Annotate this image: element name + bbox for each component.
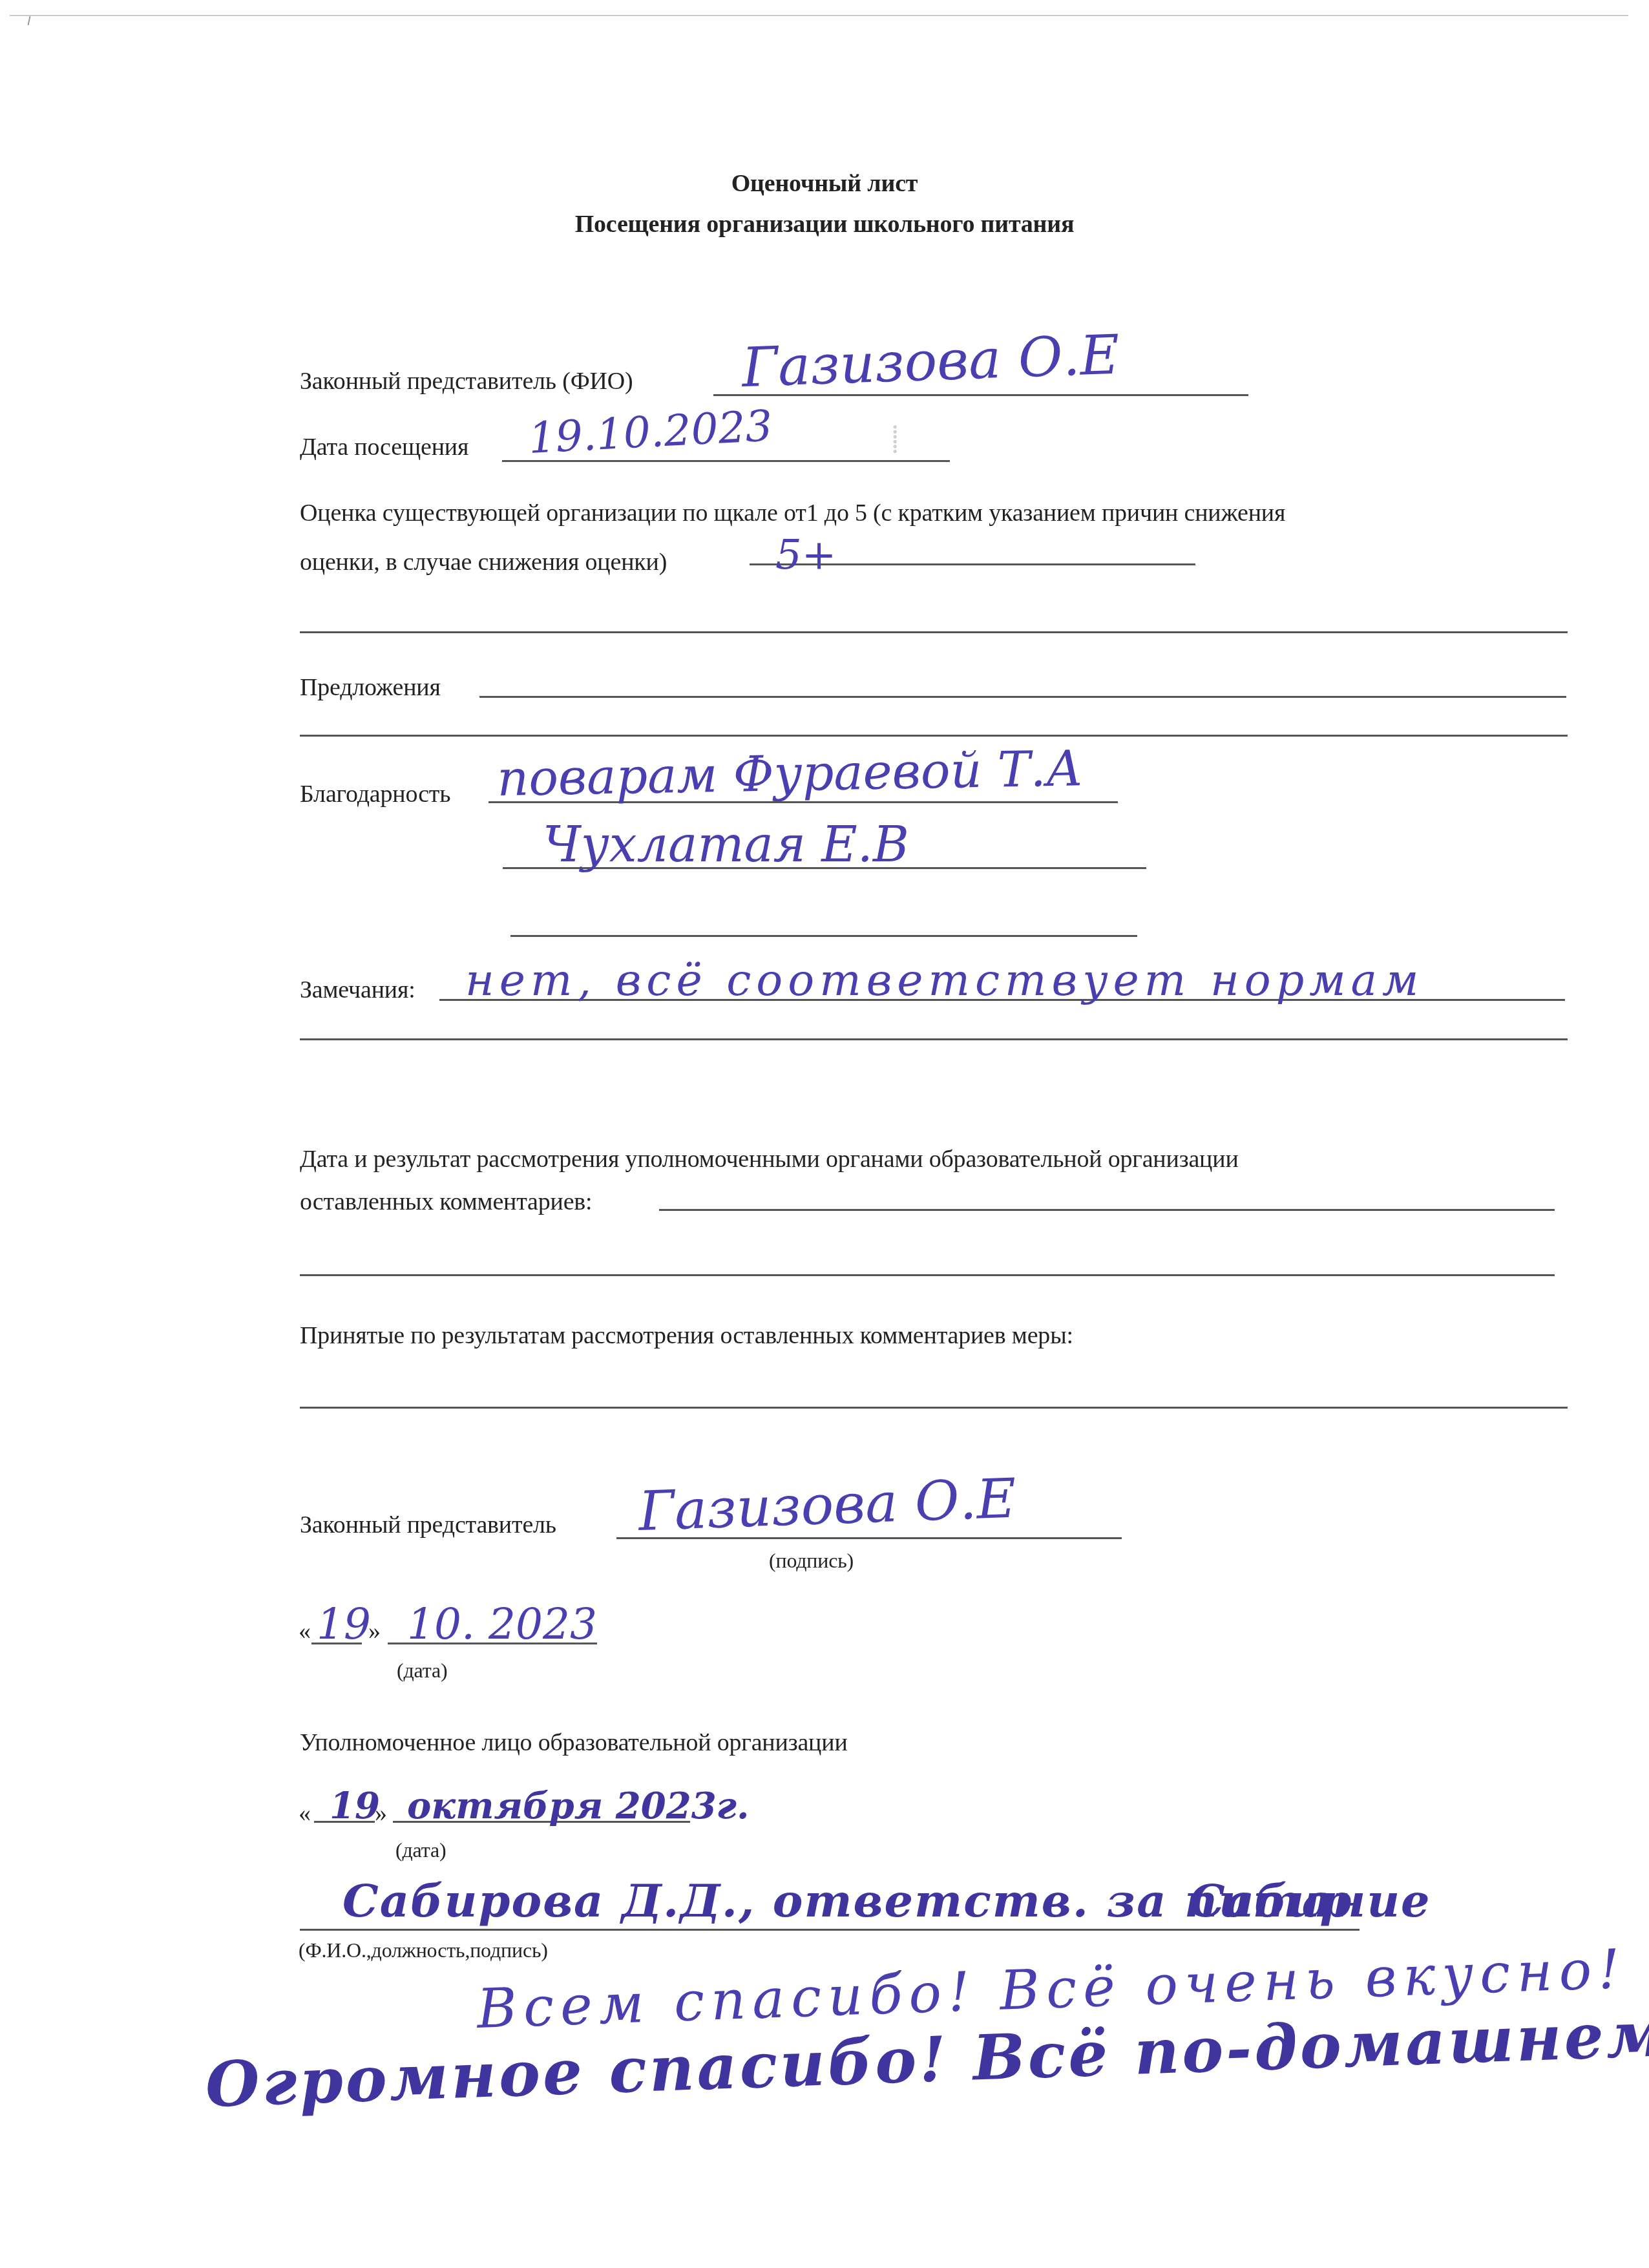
- rep-signature-label: Законный представитель: [300, 1511, 556, 1539]
- auth-date-open-quote: «: [299, 1799, 311, 1827]
- rep-signature-value: Газизова О.Е: [638, 1467, 1018, 1543]
- gratitude-third-line[interactable]: [510, 935, 1137, 937]
- measures-field-line[interactable]: [300, 1407, 1568, 1409]
- review-field-line[interactable]: [659, 1209, 1555, 1211]
- auth-date-day: 19: [330, 1785, 380, 1827]
- remarks-value: нет, всё соответствует нормам: [465, 955, 1424, 1006]
- authorized-person-line[interactable]: [300, 1929, 1360, 1931]
- review-label-line2: оставленных комментариев:: [300, 1188, 592, 1216]
- auth-date-caption: (дата): [395, 1838, 446, 1862]
- gratitude-value-line1: поварам Фураевой Т.А: [496, 739, 1083, 807]
- remarks-extra-line[interactable]: [300, 1038, 1568, 1040]
- rep-date-rest: 10. 2023: [407, 1599, 597, 1649]
- scan-mark: [28, 16, 31, 25]
- rep-date-day: 19: [317, 1599, 371, 1649]
- review-label-line1: Дата и результат рассмотрения уполномоче…: [300, 1145, 1239, 1173]
- visit-date-value: 19.10.2023: [527, 401, 773, 463]
- rating-extra-line[interactable]: [300, 631, 1568, 633]
- gratitude-value-line2: Чухлатая Е.В: [543, 815, 909, 873]
- document-title: Оценочный лист: [0, 169, 1649, 198]
- rep-date-close-quote: »: [368, 1617, 381, 1645]
- suggestions-field-line[interactable]: [479, 696, 1566, 698]
- authorized-signature: Сабир: [1189, 1874, 1351, 1927]
- authorized-caption: (Ф.И.О.,должность,подпись): [299, 1938, 548, 1962]
- evaluation-sheet-page: Оценочный лист Посещения организации шко…: [0, 0, 1649, 2268]
- remarks-label: Замечания:: [300, 976, 415, 1004]
- measures-label: Принятые по результатам рассмотрения ост…: [300, 1321, 1073, 1350]
- scan-edge: [10, 15, 1628, 16]
- rating-value: 5+: [775, 531, 836, 579]
- scan-smudge: ⸽: [892, 420, 898, 456]
- visit-date-label: Дата посещения: [300, 433, 468, 461]
- rating-label-line2: оценки, в случае снижения оценки): [300, 548, 667, 576]
- authorized-label: Уполномоченное лицо образовательной орга…: [300, 1728, 848, 1757]
- signature-caption: (подпись): [769, 1549, 854, 1573]
- suggestions-label: Предложения: [300, 673, 441, 702]
- auth-date-rest: октября 2023г.: [407, 1785, 750, 1827]
- representative-value: Газизова О.Е: [741, 323, 1121, 399]
- review-extra-line[interactable]: [300, 1274, 1555, 1276]
- auth-date-close-quote: »: [375, 1799, 387, 1827]
- gratitude-label: Благодарность: [300, 780, 450, 808]
- suggestions-extra-line[interactable]: [300, 735, 1568, 737]
- representative-label: Законный представитель (ФИО): [300, 367, 633, 395]
- rep-date-open-quote: «: [299, 1617, 311, 1645]
- rep-date-caption: (дата): [397, 1659, 447, 1683]
- document-subtitle: Посещения организации школьного питания: [0, 210, 1649, 238]
- rating-label-line1: Оценка существующей организации по щкале…: [300, 499, 1285, 527]
